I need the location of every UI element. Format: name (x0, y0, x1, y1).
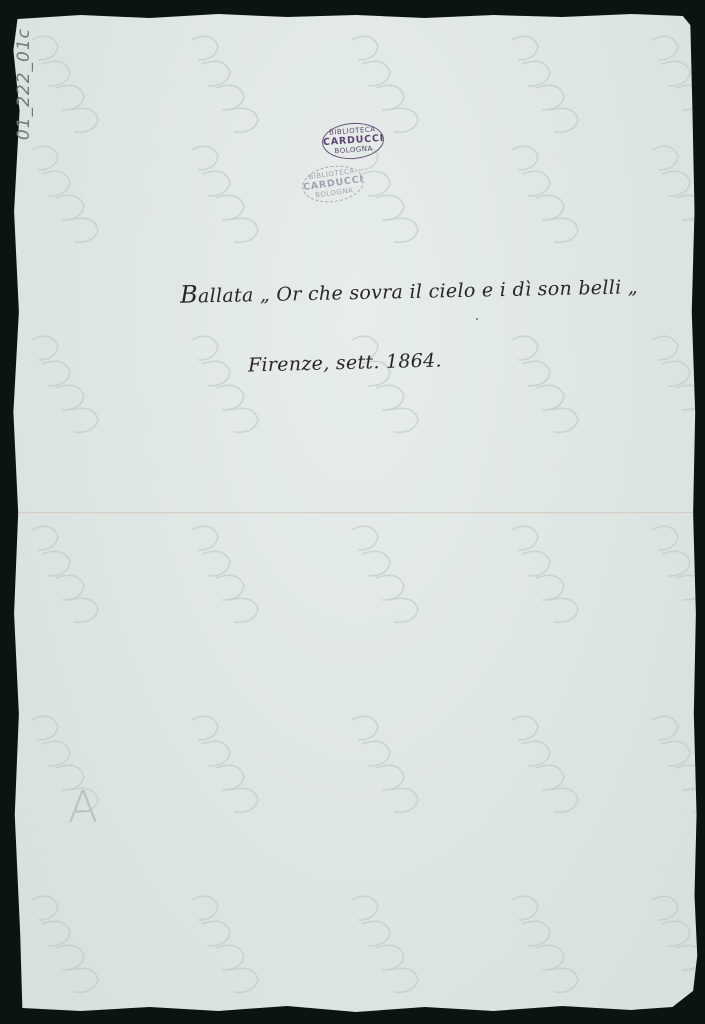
fold-line (12, 512, 700, 514)
pencil-mark: A (68, 782, 98, 833)
archive-number: 01_222_01c (14, 28, 34, 140)
manuscript-sheet (12, 10, 700, 1016)
ink-dot (476, 318, 478, 320)
title-initial: B (180, 280, 199, 308)
